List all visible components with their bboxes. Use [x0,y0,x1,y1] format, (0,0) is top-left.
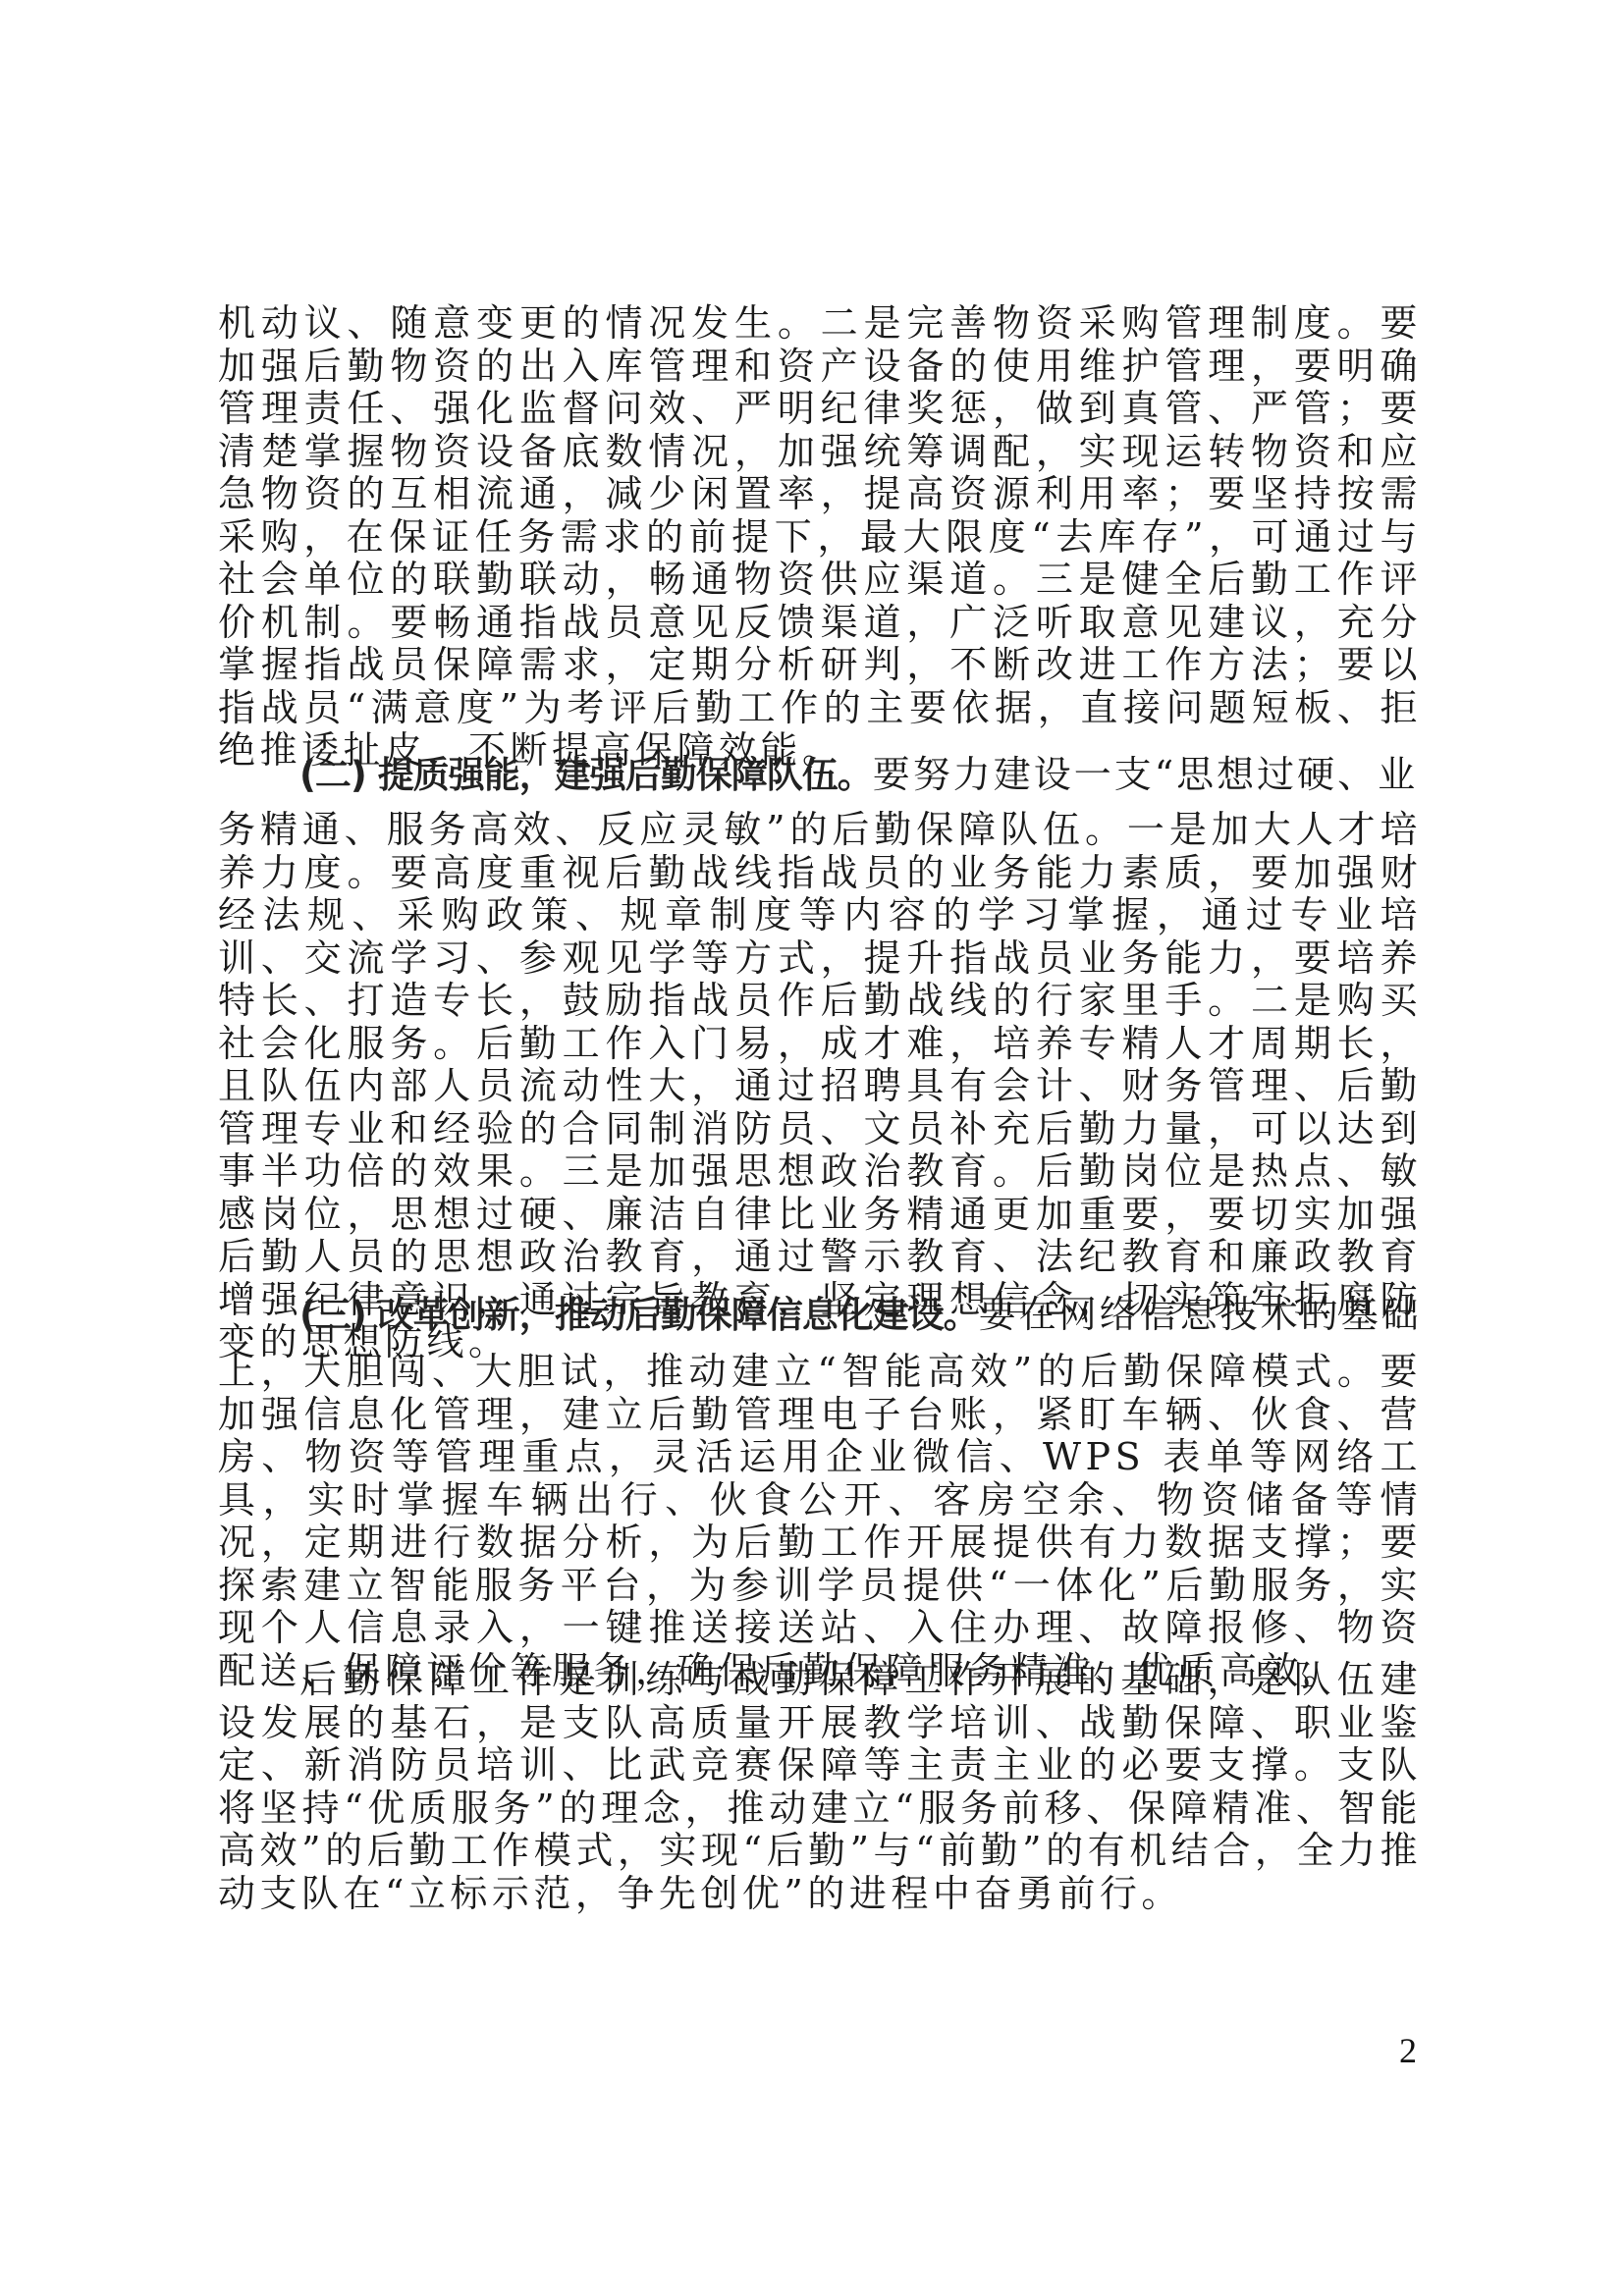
section-two-heading-line: (二) 提质强能，建强后勤保障队伍。要努力建设一支“思想过硬、业 [218,754,1422,796]
document-page: 机动议、随意变更的情况发生。二是完善物资采购管理制度。要加强后勤物资的出入库管理… [0,0,1624,2296]
section-three-heading-line: (三) 改革创新，推动后勤保障信息化建设。要在网络信息技术的基础 [218,1294,1422,1336]
paragraph-conclusion: 后勤保障工作是训练与战勤保障工作开展的基础，是队伍建设发展的基石，是支队高质量开… [218,1659,1422,1915]
paragraph-procurement-evaluation: 机动议、随意变更的情况发生。二是完善物资采购管理制度。要加强后勤物资的出入库管理… [218,302,1422,773]
paragraph-informatization: 上，大胆闯、大胆试，推动建立“智能高效”的后勤保障模式。要加强信息化管理，建立后… [218,1351,1422,1692]
section-three-lead: 要在网络信息技术的基础 [979,1293,1422,1336]
section-two-heading: (二) 提质强能，建强后勤保障队伍。 [299,754,873,796]
section-two-lead: 要努力建设一支“思想过硬、业 [873,753,1418,796]
section-three-heading: (三) 改革创新，推动后勤保障信息化建设。 [299,1294,979,1336]
page-number: 2 [1399,2030,1417,2071]
paragraph-logistics-team: 务精通、服务高效、反应灵敏”的后勤保障队伍。一是加大人才培养力度。要高度重视后勤… [218,809,1422,1364]
